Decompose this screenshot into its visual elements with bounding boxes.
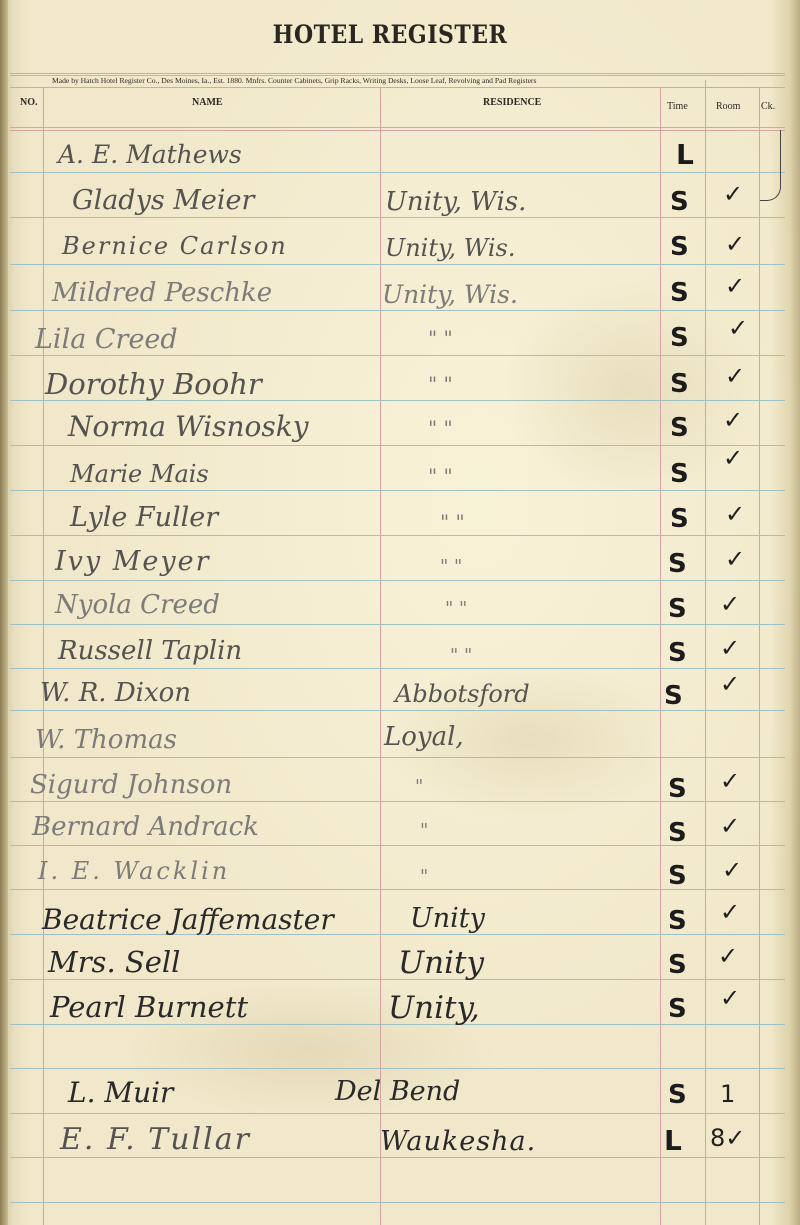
time-mark: S bbox=[668, 594, 687, 624]
room-check: ✓ bbox=[720, 898, 740, 926]
header-rule bbox=[10, 87, 785, 88]
room-check: ✓ bbox=[725, 500, 745, 528]
room-check: ✓ bbox=[723, 180, 743, 208]
publisher-imprint: Made by Hatch Hotel Register Co., Des Mo… bbox=[52, 76, 652, 85]
guest-residence: " " bbox=[440, 510, 465, 534]
room-check: ✓ bbox=[723, 444, 743, 472]
time-mark: S bbox=[668, 549, 687, 579]
time-mark: S bbox=[670, 459, 689, 489]
ruled-line bbox=[10, 1157, 785, 1158]
guest-name: Dorothy Boohr bbox=[45, 367, 262, 401]
ruled-line bbox=[10, 1202, 785, 1203]
room-check: ✓ bbox=[720, 590, 740, 618]
column-divider bbox=[43, 87, 44, 1225]
guest-residence: Unity bbox=[410, 903, 485, 934]
column-header-room: Room bbox=[716, 101, 740, 112]
guest-name: Marie Mais bbox=[70, 460, 209, 488]
room-check: ✓ bbox=[720, 767, 740, 795]
ruled-line bbox=[10, 757, 785, 758]
guest-residence: " bbox=[420, 866, 428, 887]
guest-residence: " bbox=[420, 820, 428, 841]
guest-residence: Unity, bbox=[388, 990, 480, 1026]
guest-residence: " bbox=[415, 776, 423, 797]
guest-residence: " " bbox=[428, 416, 453, 440]
room-check: ✓ bbox=[725, 545, 745, 573]
time-mark: S bbox=[670, 504, 689, 534]
time-mark: S bbox=[668, 1080, 687, 1110]
guest-name: Bernard Andrack bbox=[32, 812, 259, 842]
time-mark: S bbox=[664, 681, 683, 711]
page-title: HOTEL REGISTER bbox=[0, 20, 780, 50]
guest-residence: Unity bbox=[398, 945, 484, 981]
guest-name: Norma Wisnosky bbox=[68, 410, 309, 443]
time-mark: S bbox=[670, 278, 689, 308]
room-check: ✓ bbox=[723, 406, 743, 434]
room-check: ✓ bbox=[720, 812, 740, 840]
register-page: HOTEL REGISTER Made by Hatch Hotel Regis… bbox=[0, 0, 800, 1225]
ruled-line bbox=[10, 1068, 785, 1069]
room-check: ✓ bbox=[720, 670, 740, 698]
guest-name: Bernice Carlson bbox=[62, 232, 288, 260]
ruled-line bbox=[10, 580, 785, 581]
time-mark: S bbox=[670, 413, 689, 443]
room-number: 8✓ bbox=[710, 1124, 745, 1152]
guest-name: Mrs. Sell bbox=[48, 945, 180, 979]
ruled-line bbox=[10, 668, 785, 669]
guest-name: A. E. Mathews bbox=[58, 140, 242, 169]
guest-name: Pearl Burnett bbox=[50, 990, 248, 1024]
guest-residence: Unity, Wis. bbox=[385, 187, 526, 217]
time-mark: S bbox=[670, 232, 689, 262]
room-check: ✓ bbox=[725, 230, 745, 258]
room-number: 1 bbox=[720, 1080, 735, 1108]
header-rule bbox=[10, 127, 785, 128]
room-check: ✓ bbox=[725, 272, 745, 300]
column-divider bbox=[660, 87, 661, 1225]
time-mark: S bbox=[668, 906, 687, 936]
ruled-line bbox=[10, 624, 785, 625]
time-mark: S bbox=[670, 323, 689, 353]
ruled-line bbox=[10, 310, 785, 311]
column-header-residence: RESIDENCE bbox=[483, 97, 541, 108]
room-check: ✓ bbox=[720, 634, 740, 662]
guest-name: L. Muir bbox=[68, 1076, 173, 1109]
time-mark: S bbox=[668, 861, 687, 891]
guest-residence: " " bbox=[428, 372, 453, 396]
guest-name: Mildred Peschke bbox=[52, 278, 272, 308]
guest-residence: " " bbox=[445, 598, 467, 619]
column-divider bbox=[705, 80, 706, 1225]
time-mark: L bbox=[676, 138, 694, 171]
guest-name: Ivy Meyer bbox=[55, 546, 211, 577]
ruled-line bbox=[10, 172, 785, 173]
time-mark: S bbox=[668, 994, 687, 1024]
ruled-line bbox=[10, 445, 785, 446]
time-mark: S bbox=[668, 950, 687, 980]
ck-bracket-mark bbox=[760, 130, 781, 201]
column-header-ck: Ck. bbox=[761, 101, 775, 112]
guest-name: W. R. Dixon bbox=[40, 678, 191, 708]
room-check: ✓ bbox=[728, 314, 748, 342]
guest-name: Russell Taplin bbox=[58, 636, 242, 666]
time-mark: S bbox=[668, 774, 687, 804]
column-divider bbox=[380, 87, 381, 1225]
guest-residence: " " bbox=[428, 326, 453, 350]
guest-name: W. Thomas bbox=[35, 725, 177, 755]
column-header-name: NAME bbox=[192, 97, 223, 108]
guest-residence: Loyal, bbox=[384, 722, 464, 752]
room-check: ✓ bbox=[722, 856, 742, 884]
guest-name: Gladys Meier bbox=[72, 185, 254, 216]
room-check: ✓ bbox=[718, 942, 738, 970]
ruled-line bbox=[10, 490, 785, 491]
guest-residence: Abbotsford bbox=[395, 680, 530, 708]
guest-name: E. F. Tullar bbox=[60, 1122, 251, 1157]
time-mark: S bbox=[668, 818, 687, 848]
header-rule bbox=[10, 130, 785, 131]
ruled-line bbox=[10, 355, 785, 356]
ruled-line bbox=[10, 1113, 785, 1114]
guest-residence: " " bbox=[450, 645, 472, 666]
time-mark: S bbox=[668, 638, 687, 668]
guest-residence: Unity, Wis. bbox=[385, 234, 516, 262]
ruled-line bbox=[10, 535, 785, 536]
column-header-no: NO. bbox=[20, 97, 38, 108]
column-divider bbox=[759, 87, 760, 1225]
header-rule bbox=[10, 75, 785, 76]
room-check: ✓ bbox=[720, 984, 740, 1012]
guest-name: Lyle Fuller bbox=[70, 502, 218, 533]
room-check: ✓ bbox=[725, 362, 745, 390]
guest-residence: " " bbox=[440, 556, 462, 577]
guest-name: Sigurd Johnson bbox=[30, 770, 232, 800]
guest-residence: Waukesha. bbox=[380, 1126, 536, 1157]
column-header-time: Time bbox=[667, 101, 688, 112]
guest-residence: Unity, Wis. bbox=[382, 280, 518, 309]
guest-name: I. E. Wacklin bbox=[38, 857, 230, 885]
ruled-line bbox=[10, 217, 785, 218]
time-mark: L bbox=[664, 1124, 682, 1157]
time-mark: S bbox=[670, 369, 689, 399]
guest-residence: " " bbox=[428, 464, 453, 488]
guest-name: Nyola Creed bbox=[55, 590, 220, 620]
guest-name: Lila Creed bbox=[35, 324, 178, 355]
time-mark: S bbox=[670, 187, 689, 217]
paper-stain bbox=[500, 280, 760, 500]
header-rule bbox=[10, 73, 785, 74]
guest-name: Beatrice Jaffemaster bbox=[42, 903, 334, 936]
guest-residence: Del Bend bbox=[335, 1076, 460, 1107]
ruled-line bbox=[10, 264, 785, 265]
book-binding-edge bbox=[0, 0, 8, 1225]
